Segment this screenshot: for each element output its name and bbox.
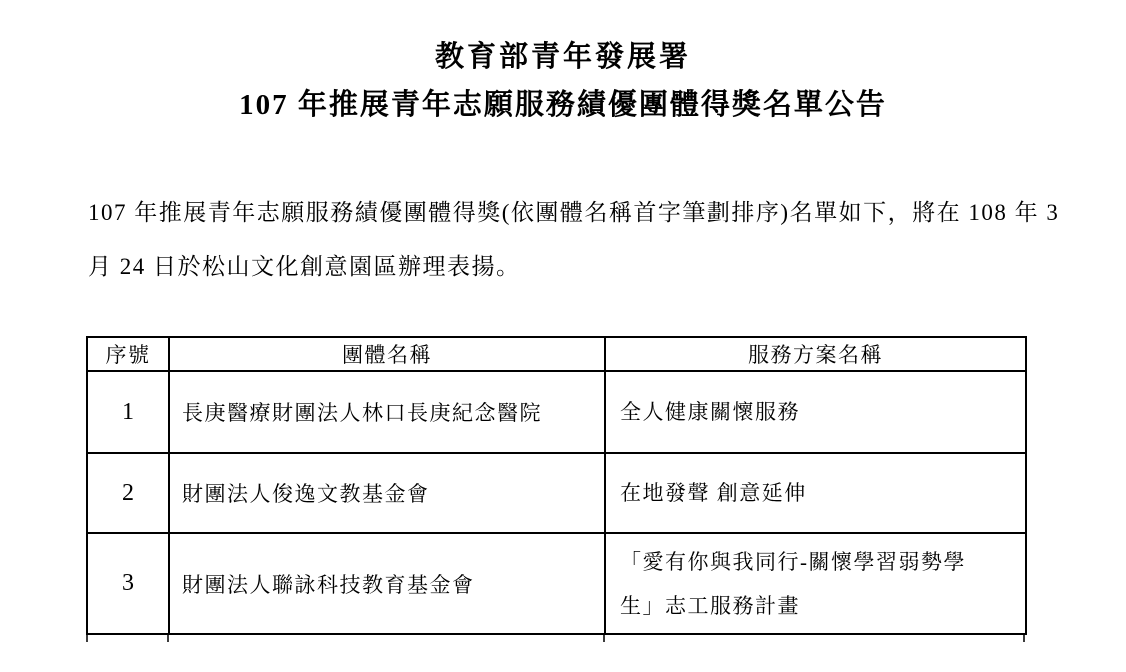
document-title: 教育部青年發展署 (0, 36, 1126, 78)
row-service-plan-line: 生」志工服務計畫 (620, 584, 1025, 628)
table-row: 2 財團法人俊逸文教基金會 在地發聲 創意延伸 (87, 453, 1026, 533)
intro-paragraph: 107 年推展青年志願服務績優團體得獎(依團體名稱首字筆劃排序)名單如下，將在 … (88, 186, 1048, 294)
document-subtitle: 107 年推展青年志願服務績優團體得獎名單公告 (0, 84, 1126, 126)
table-continuation-line (167, 635, 169, 642)
col-header-organization: 團體名稱 (169, 337, 605, 371)
intro-paragraph-line2: 月 24 日於松山文化創意園區辦理表揚。 (88, 240, 1048, 294)
col-header-service-plan: 服務方案名稱 (605, 337, 1026, 371)
table-continuation-line (86, 635, 88, 642)
row-serial: 3 (87, 533, 169, 634)
table-row: 3 財團法人聯詠科技教育基金會 「愛有你與我同行-關懷學習弱勢學 生」志工服務計… (87, 533, 1026, 634)
row-serial: 2 (87, 453, 169, 533)
table-header-row: 序號 團體名稱 服務方案名稱 (87, 337, 1026, 371)
row-service-plan-line: 全人健康關懷服務 (620, 390, 1025, 434)
row-organization: 財團法人俊逸文教基金會 (169, 453, 605, 533)
document-page: 教育部青年發展署 107 年推展青年志願服務績優團體得獎名單公告 107 年推展… (0, 0, 1126, 672)
row-organization: 長庚醫療財團法人林口長庚紀念醫院 (169, 371, 605, 453)
row-serial: 1 (87, 371, 169, 453)
intro-paragraph-line1: 107 年推展青年志願服務績優團體得獎(依團體名稱首字筆劃排序)名單如下，將在 … (88, 186, 1048, 240)
row-service-plan-line: 「愛有你與我同行-關懷學習弱勢學 (620, 540, 1025, 584)
table-continuation-line (1023, 635, 1025, 642)
table-continuation-line (603, 635, 605, 642)
row-organization: 財團法人聯詠科技教育基金會 (169, 533, 605, 634)
table-row: 1 長庚醫療財團法人林口長庚紀念醫院 全人健康關懷服務 (87, 371, 1026, 453)
row-service-plan: 「愛有你與我同行-關懷學習弱勢學 生」志工服務計畫 (605, 533, 1026, 634)
row-service-plan: 在地發聲 創意延伸 (605, 453, 1026, 533)
row-service-plan-line: 在地發聲 創意延伸 (620, 471, 1025, 515)
col-header-serial: 序號 (87, 337, 169, 371)
awards-table-grid: 序號 團體名稱 服務方案名稱 1 長庚醫療財團法人林口長庚紀念醫院 全人健康關懷… (86, 336, 1027, 635)
row-service-plan: 全人健康關懷服務 (605, 371, 1026, 453)
awards-table: 序號 團體名稱 服務方案名稱 1 長庚醫療財團法人林口長庚紀念醫院 全人健康關懷… (86, 336, 1025, 635)
